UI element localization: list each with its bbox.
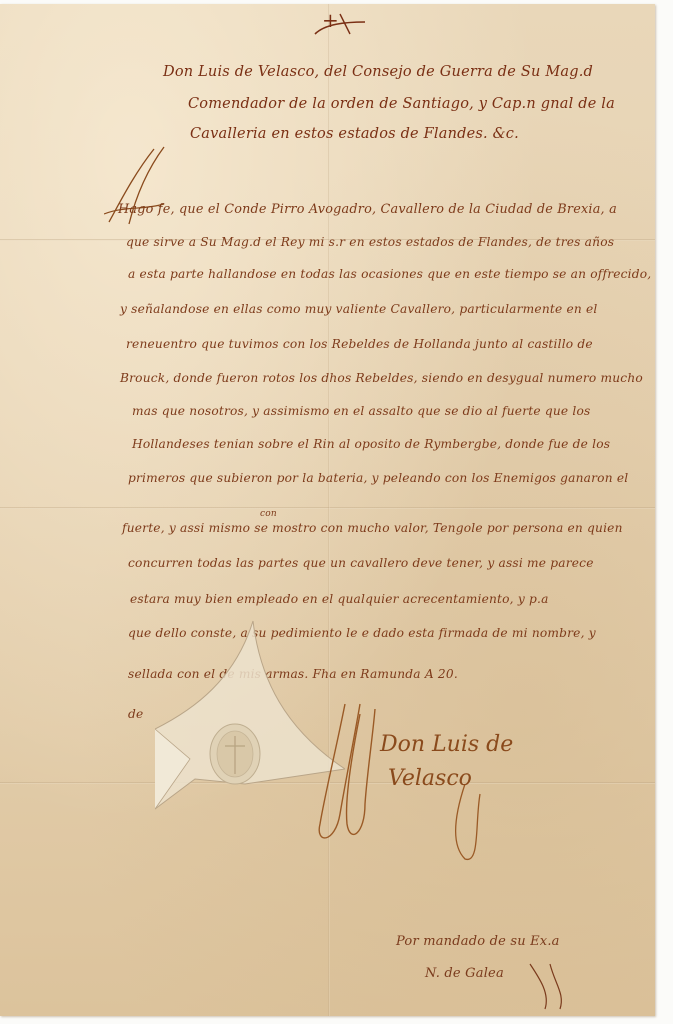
body-line-9: primeros que subieron por la bateria, y …: [128, 471, 628, 485]
fold-crease-vertical: [328, 4, 330, 1016]
heading-line-1: Don Luis de Velasco, del Consejo de Guer…: [163, 64, 593, 80]
body-line-3: a esta parte hallandose en todas las oca…: [128, 267, 651, 281]
initial-letter-flourish-icon: [104, 144, 174, 234]
signature-line-2: Velasco: [388, 766, 472, 791]
letter-sheet: + Don Luis de Velasco, del Consejo de Gu…: [0, 4, 655, 1016]
cross-flourish-icon: [305, 12, 375, 38]
body-line-15: de: [128, 707, 143, 721]
countersign-flourish-icon: [520, 954, 580, 1014]
body-line-1: Hago fe, que el Conde Pirro Avogadro, Ca…: [118, 202, 617, 217]
body-line-6: Brouck, donde fueron rotos los dhos Rebe…: [120, 371, 643, 385]
body-line-11: concurren todas las partes que un cavall…: [128, 556, 594, 570]
heading-line-2: Comendador de la orden de Santiago, y Ca…: [188, 96, 615, 112]
countersign-line-2: N. de Galea: [425, 966, 504, 981]
body-line-12: estara muy bien empleado en el qualquier…: [130, 592, 549, 606]
body-line-10: fuerte, y assi mismo se mostro con mucho…: [122, 521, 623, 535]
body-line-4: y señalandose en ellas como muy valiente…: [120, 302, 598, 316]
body-line-5: reneuentro que tuvimos con los Rebeldes …: [126, 337, 593, 351]
heading-line-3: Cavalleria en estos estados de Flandes. …: [190, 126, 519, 142]
body-line-7: mas que nosotros, y assimismo en el assa…: [132, 404, 590, 418]
signature-line-1: Don Luis de: [380, 732, 513, 757]
interlinear-insert: con: [260, 509, 277, 519]
body-line-8: Hollandeses tenian sobre el Rin al oposi…: [132, 437, 610, 451]
countersign-line-1: Por mandado de su Ex.a: [396, 934, 560, 949]
body-line-2: que sirve a Su Mag.d el Rey mi s.r en es…: [126, 235, 614, 249]
